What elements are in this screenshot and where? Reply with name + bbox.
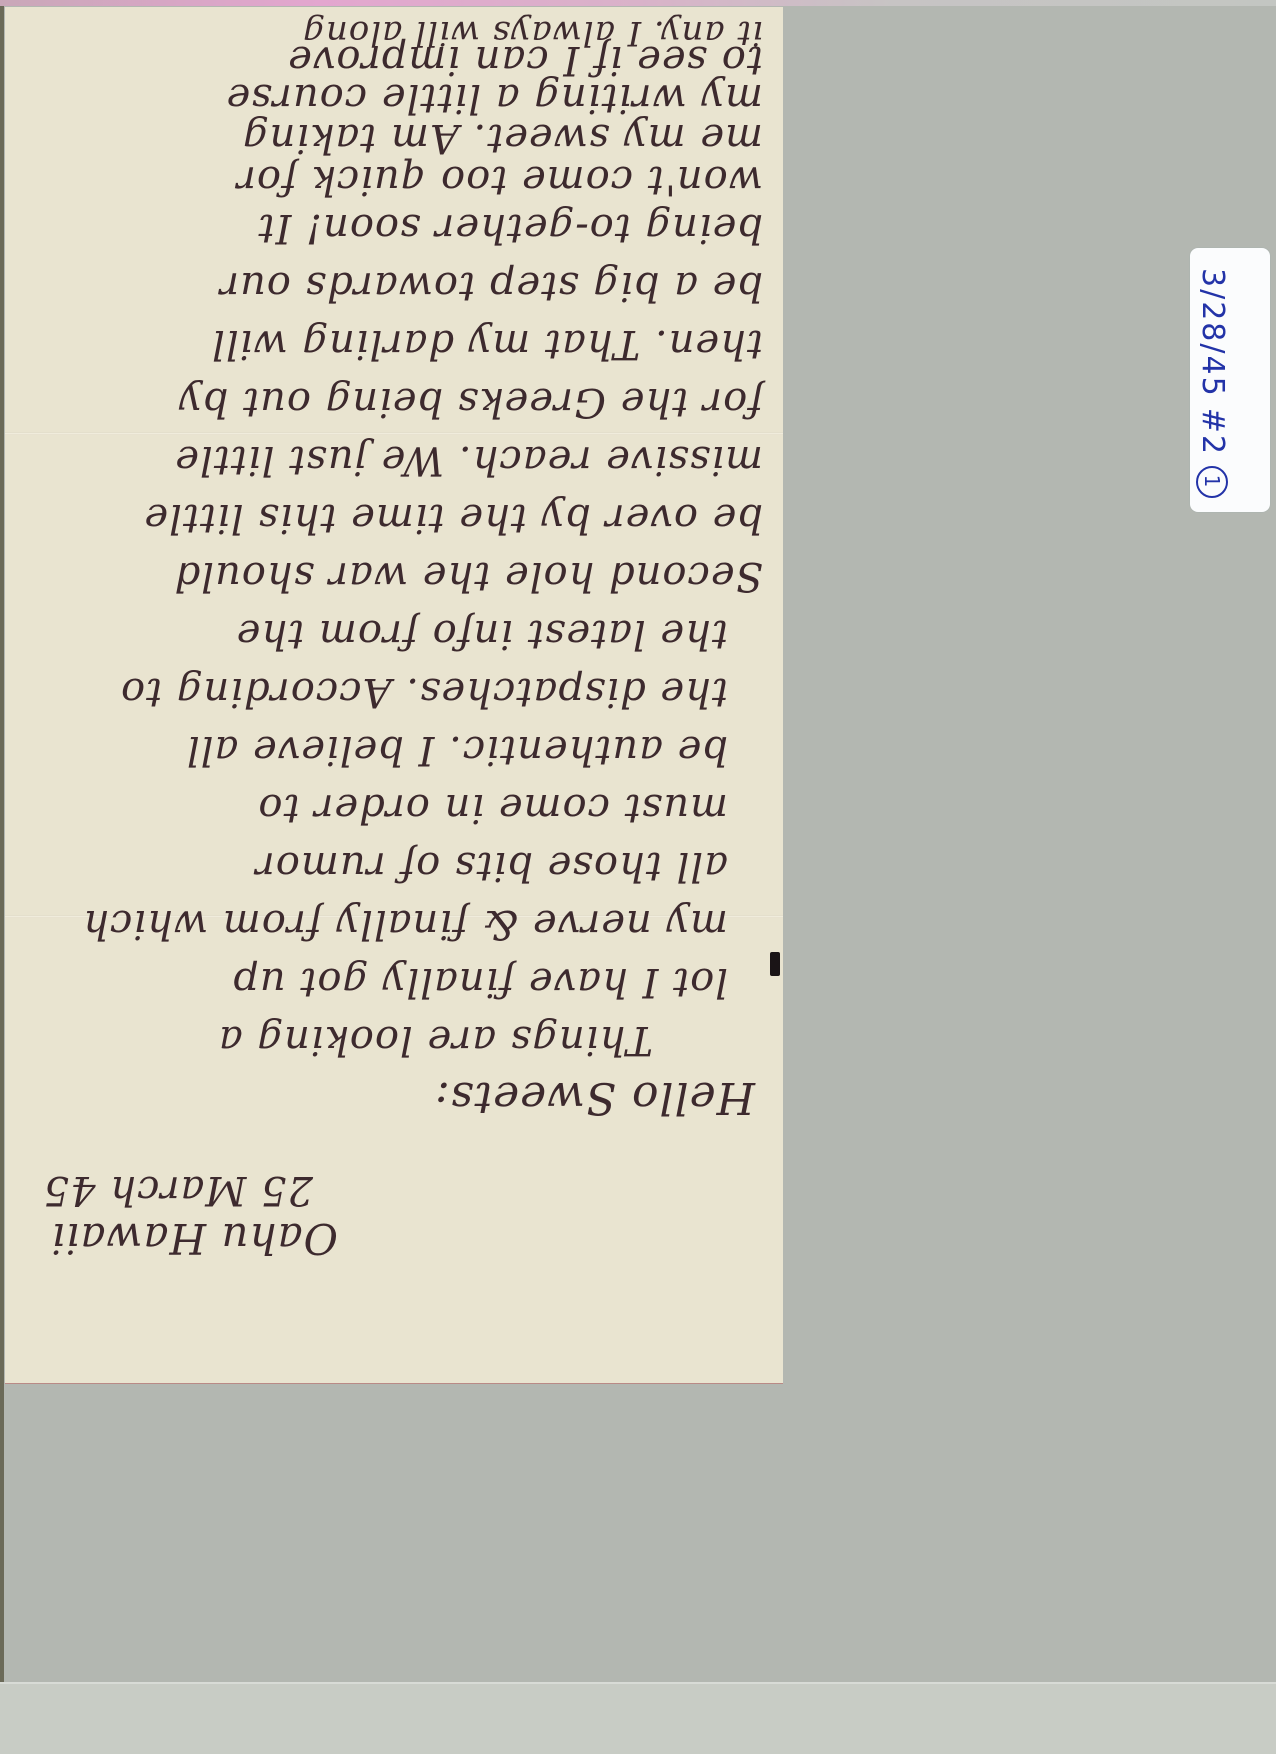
letter-place: Oahu Hawaii	[51, 1214, 338, 1263]
letter-line: being to-gether soon! It	[257, 205, 763, 251]
letter-salutation: Hello Sweets:	[434, 1072, 755, 1123]
letter-page: Oahu Hawaii 25 March 45 Hello Sweets: Th…	[5, 7, 783, 1383]
scanner-bed-band	[0, 1682, 1276, 1754]
letter-line: then. That my darling will	[211, 321, 763, 367]
letter-line: lot I have finally got up	[232, 959, 728, 1005]
letter-line: missive reach. We just little	[174, 437, 763, 483]
letter-line: the latest info from the	[236, 611, 728, 657]
label-number: #2	[1195, 408, 1230, 456]
label-date: 3/28/45	[1195, 268, 1230, 398]
scanner-edge	[0, 0, 4, 1754]
letter-line: be over by the time this little	[143, 495, 763, 541]
letter-line: it any. I always will along	[302, 13, 763, 53]
letter-content-rotated: Oahu Hawaii 25 March 45 Hello Sweets: Th…	[5, 7, 783, 1383]
letter-line: my nerve & finally from which	[82, 901, 728, 947]
letter-line: won't come too quick for	[236, 157, 763, 203]
letter-line: the dispatches. According to	[120, 669, 728, 715]
letter-line: all those bits of rumor	[255, 843, 728, 889]
letter-line: be a big step towards our	[219, 263, 763, 309]
letter-line: for the Greeks being out by	[178, 379, 763, 425]
letter-line: must come in order to	[257, 785, 728, 831]
letter-line: be authentic. I believe all	[186, 727, 728, 773]
archive-label-text: 3/28/45 #2 1	[1195, 268, 1230, 498]
archive-label: 3/28/45 #2 1	[1190, 248, 1270, 512]
label-page-circle: 1	[1197, 466, 1229, 498]
letter-date: 25 March 45	[43, 1167, 313, 1213]
ink-blot	[770, 952, 780, 976]
letter-line: Second hole the war should	[174, 553, 763, 599]
letter-line: me my sweet. Am taking	[242, 115, 763, 161]
letter-line: Things are looking a	[218, 1017, 653, 1063]
scanner-top-strip	[0, 0, 1276, 6]
